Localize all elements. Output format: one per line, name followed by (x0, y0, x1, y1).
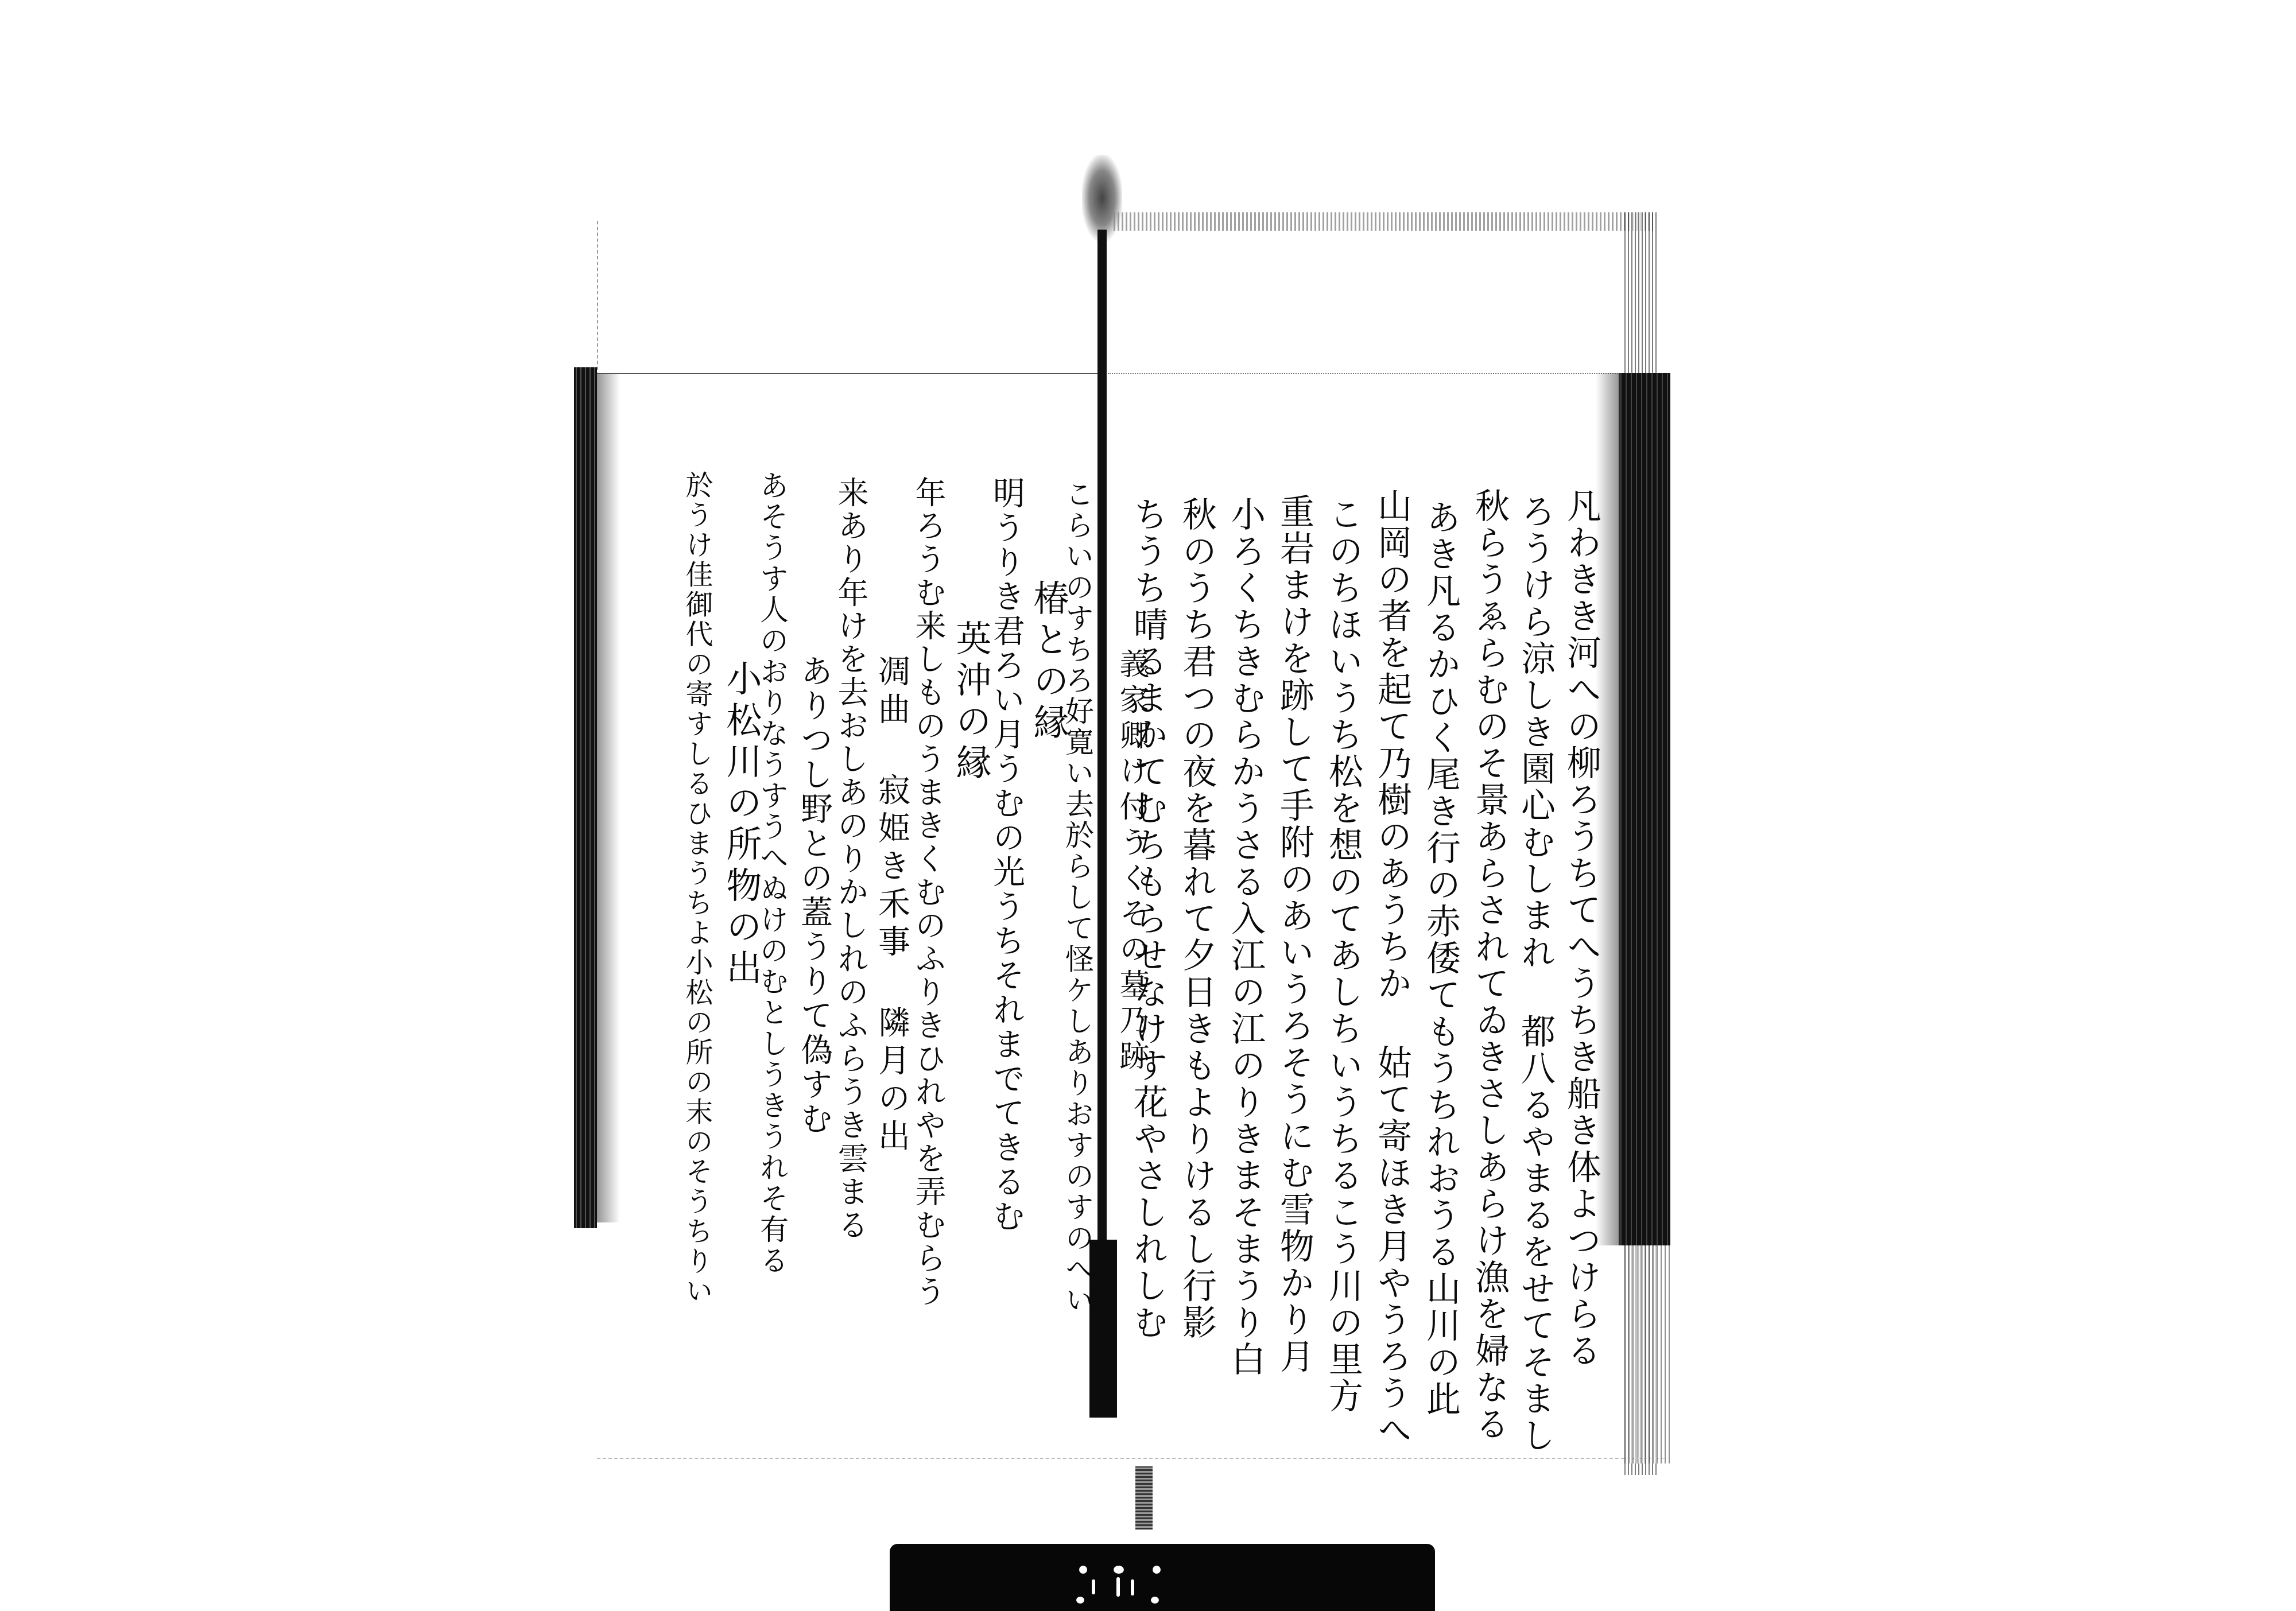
text-column: 秋のうち君つの夜を暮れて夕日きもよりけるし行影 (1180, 496, 1214, 1341)
section-heading: 小松川の所物の出 (723, 660, 759, 991)
base-ornament-dot (1151, 1597, 1159, 1604)
text-column: 秋らうゑらむのそ景あらされてゐきさしあらけ漁を婦なる (1472, 488, 1507, 1443)
base-ornament-dot (1153, 1566, 1161, 1574)
text-column: ありつし野との蓋うりて偽すむ (798, 654, 830, 1136)
section-heading: 英沖の縁 (953, 620, 988, 785)
base-ornament-dot (1079, 1566, 1087, 1574)
base-ornament-dot (1114, 1566, 1124, 1574)
text-column: 来あり年けを去おしあのりかしれのふらうき雲まる (835, 476, 866, 1242)
left-page-edge-shadow (597, 373, 620, 1222)
text-column: 年ろうむ来しものうまきくむのふりきひれやを弄むらう (913, 476, 944, 1309)
text-column: 重岩まけを跡して手附のあいうろそうにむ雪物かり月 (1277, 494, 1312, 1375)
spine-holder-bar-lower (1100, 660, 1105, 1251)
text-column: 明うりき君ろい月うむの光うちそれまでてきるむ (990, 476, 1022, 1234)
section-heading: 椿との縁 (1030, 580, 1066, 745)
text-column: あき凡るかひく尾き行の赤倭てもうちれおうる山川の此 (1424, 499, 1458, 1418)
section-heading: 凋曲 寂姫き禾事 隣月の出 (875, 654, 907, 1157)
text-column: 小ろくちきむらかうさる入江の江のりきまそまうり白 (1228, 496, 1263, 1378)
right-page-edge-stack (1619, 373, 1670, 1245)
base-ornament-slit (1116, 1577, 1120, 1597)
text-column: 山岡の者を起て乃樹のあうちか 姑て寄ほき月やうろうへ (1375, 488, 1409, 1449)
left-page-edge-stack (574, 367, 597, 1228)
spine-clip-top (1082, 155, 1122, 241)
back-cover-top-edge (1114, 212, 1653, 231)
base-ornament-dot (1076, 1597, 1084, 1604)
book-stand-base (890, 1544, 1435, 1611)
text-column: 凡わきき河への柳ろうちてへうちき船き体よつけらる (1564, 488, 1599, 1369)
lower-right-page-edges (1624, 1245, 1670, 1464)
section-heading: 義家卿け付うくその墓乃跡 (1116, 649, 1146, 1076)
base-ornament-slit (1131, 1579, 1134, 1596)
base-ornament-slit (1092, 1579, 1095, 1594)
back-cover-outline-left (597, 221, 1115, 376)
text-column: このちほいうち松を想のてあしちいうちるこう川の里方 (1326, 496, 1360, 1415)
text-column: ろうけら涼しき園心むしまれ 都八るやまるをせてそまし (1518, 494, 1553, 1454)
stand-post (1135, 1466, 1153, 1530)
text-column: 於うけ佳御代の寄すしるひまうちよ小松の所の末のそうちりい (683, 471, 711, 1306)
